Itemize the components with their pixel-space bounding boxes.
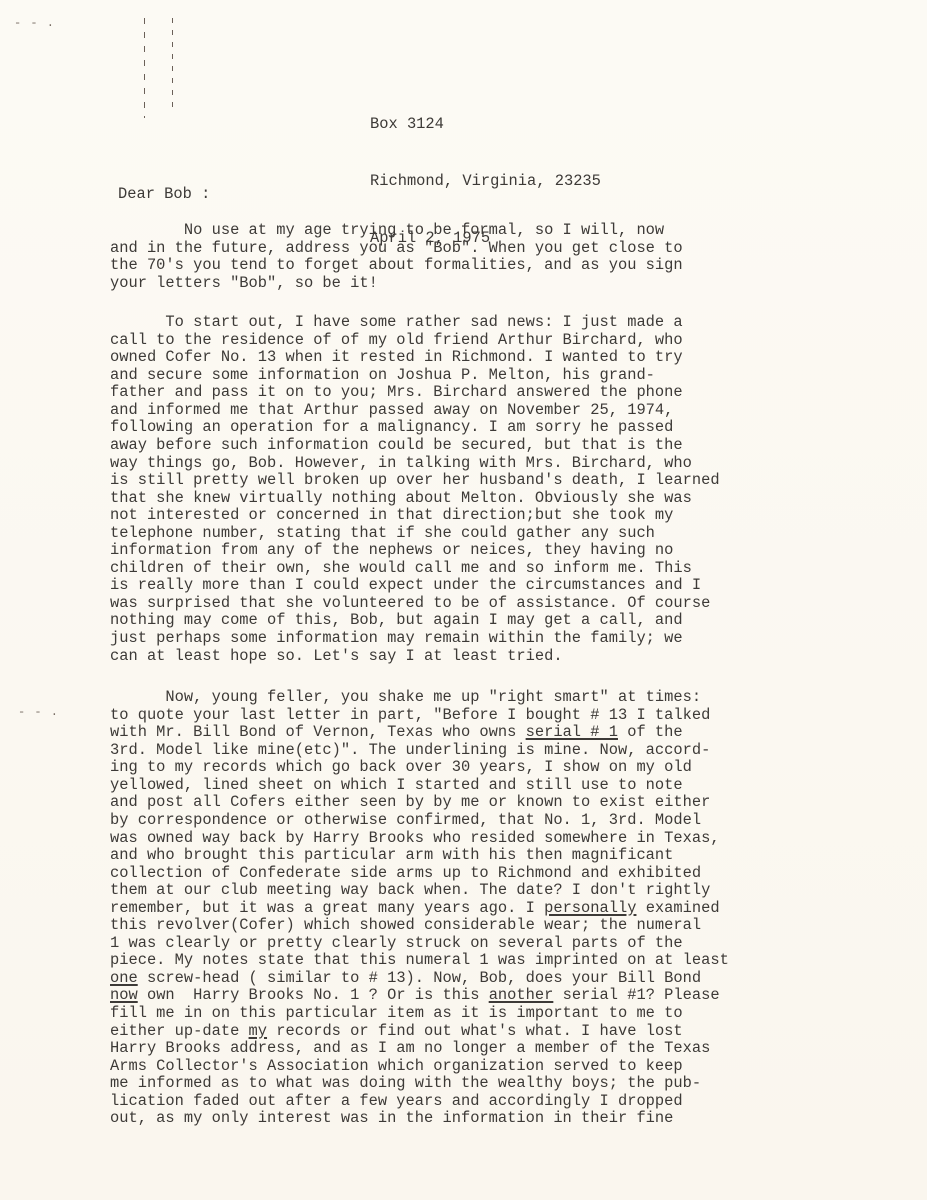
text-line: No use at my age trying to be formal, so… <box>110 222 870 240</box>
text-line: was surprised that she volunteered to be… <box>110 595 870 613</box>
text-line: father and pass it on to you; Mrs. Birch… <box>110 384 870 402</box>
text-line: remember, but it was a great many years … <box>110 900 870 918</box>
margin-mark-top: - - . <box>14 16 55 30</box>
text-line: away before such information could be se… <box>110 437 870 455</box>
text-line: can at least hope so. Let's say I at lea… <box>110 648 870 666</box>
text-line: just perhaps some information may remain… <box>110 630 870 648</box>
text-line: 3rd. Model like mine(etc)". The underlin… <box>110 742 870 760</box>
text-line: telephone number, stating that if she co… <box>110 525 870 543</box>
text-line: fill me in on this particular item as it… <box>110 1005 870 1023</box>
text-line: information from any of the nephews or n… <box>110 542 870 560</box>
text-line: Now, young feller, you shake me up "righ… <box>110 689 870 707</box>
text-line: is really more than I could expect under… <box>110 577 870 595</box>
text-line: them at our club meeting way back when. … <box>110 882 870 900</box>
punch-hole-marks <box>138 18 178 118</box>
text-line: to quote your last letter in part, "Befo… <box>110 707 870 725</box>
text-line: and post all Cofers either seen by by me… <box>110 794 870 812</box>
text-line: and who brought this particular arm with… <box>110 847 870 865</box>
text-line: now own Harry Brooks No. 1 ? Or is this … <box>110 987 870 1005</box>
text-line: ing to my records which go back over 30 … <box>110 759 870 777</box>
text-line: following an operation for a malignancy.… <box>110 419 870 437</box>
paragraph-1: No use at my age trying to be formal, so… <box>110 222 870 292</box>
text-line: your letters "Bob", so be it! <box>110 275 870 293</box>
text-line: by correspondence or otherwise confirmed… <box>110 812 870 830</box>
address-line-2: Richmond, Virginia, 23235 <box>370 172 601 191</box>
text-line: nothing may come of this, Bob, but again… <box>110 612 870 630</box>
text-line: children of their own, she would call me… <box>110 560 870 578</box>
text-line: either up-date my records or find out wh… <box>110 1023 870 1041</box>
text-line: was owned way back by Harry Brooks who r… <box>110 830 870 848</box>
text-line: with Mr. Bill Bond of Vernon, Texas who … <box>110 724 870 742</box>
paragraph-3: Now, young feller, you shake me up "righ… <box>110 689 870 1128</box>
text-line: 1 was clearly or pretty clearly struck o… <box>110 935 870 953</box>
text-line: way things go, Bob. However, in talking … <box>110 455 870 473</box>
margin-mark-middle: - - . <box>18 705 59 719</box>
text-line: lication faded out after a few years and… <box>110 1093 870 1111</box>
text-line: that she knew virtually nothing about Me… <box>110 490 870 508</box>
text-line: is still pretty well broken up over her … <box>110 472 870 490</box>
text-line: yellowed, lined sheet on which I started… <box>110 777 870 795</box>
text-line: the 70's you tend to forget about formal… <box>110 257 870 275</box>
text-line: me informed as to what was doing with th… <box>110 1075 870 1093</box>
text-line: piece. My notes state that this numeral … <box>110 952 870 970</box>
text-line: owned Cofer No. 13 when it rested in Ric… <box>110 349 870 367</box>
text-line: not interested or concerned in that dire… <box>110 507 870 525</box>
address-line-1: Box 3124 <box>370 115 601 134</box>
text-line: out, as my only interest was in the info… <box>110 1110 870 1128</box>
text-line: and informed me that Arthur passed away … <box>110 402 870 420</box>
text-line: one screw-head ( similar to # 13). Now, … <box>110 970 870 988</box>
text-line: Arms Collector's Association which organ… <box>110 1058 870 1076</box>
paragraph-2: To start out, I have some rather sad new… <box>110 314 870 665</box>
text-line: and in the future, address you as "Bob".… <box>110 240 870 258</box>
text-line: call to the residence of of my old frien… <box>110 332 870 350</box>
text-line: and secure some information on Joshua P.… <box>110 367 870 385</box>
salutation: Dear Bob : <box>118 185 210 204</box>
text-line: collection of Confederate side arms up t… <box>110 865 870 883</box>
letter-body: No use at my age trying to be formal, so… <box>110 222 870 1145</box>
text-line: Harry Brooks address, and as I am no lon… <box>110 1040 870 1058</box>
text-line: To start out, I have some rather sad new… <box>110 314 870 332</box>
letter-page: - - . - - . Box 3124 Richmond, Virginia,… <box>0 0 927 1200</box>
text-line: this revolver(Cofer) which showed consid… <box>110 917 870 935</box>
